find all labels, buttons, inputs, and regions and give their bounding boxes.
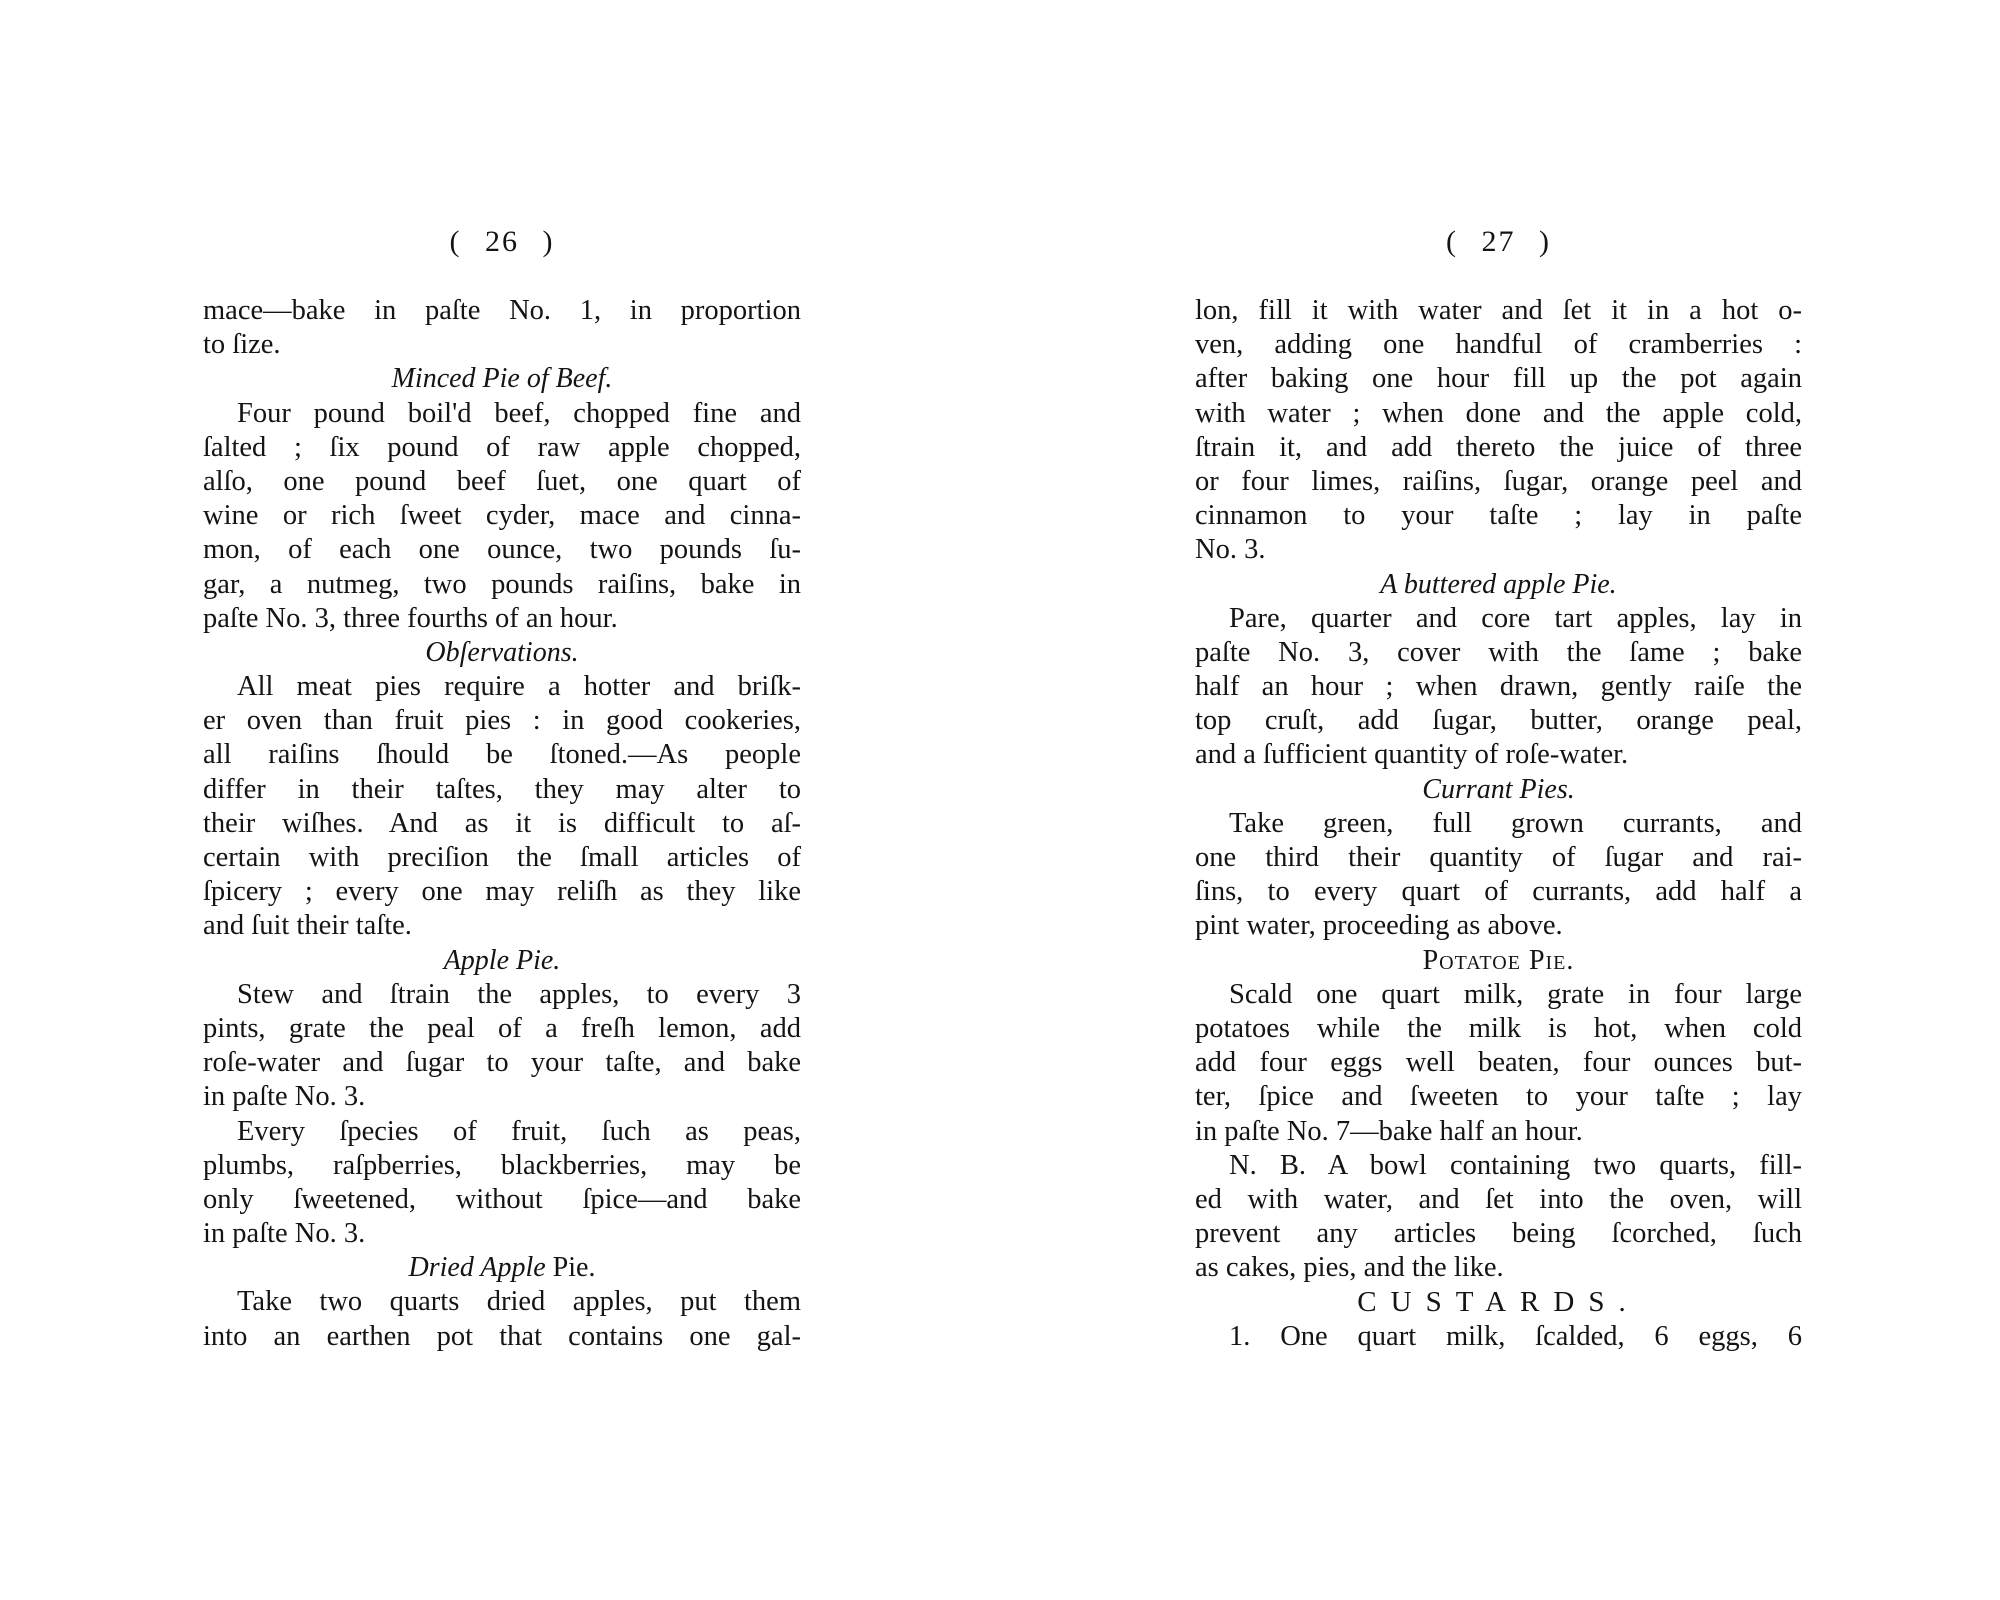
- text-line: 1. One quart milk, ſcalded, 6 eggs, 6: [1195, 1320, 1802, 1354]
- text-line: pint water, proceeding as above.: [1195, 909, 1802, 943]
- text-line: and ſuit their taſte.: [203, 909, 801, 943]
- page-body: mace—bake in paſte No. 1, in proportion …: [203, 294, 801, 1354]
- text-line: all raiſins ſhould be ſtoned.—As people: [203, 738, 801, 772]
- heading-upright-part: Pie.: [546, 1252, 596, 1283]
- text-line: roſe-water and ſugar to your taſte, and …: [203, 1046, 801, 1080]
- text-line: wine or rich ſweet cyder, mace and cinna…: [203, 499, 801, 533]
- text-line: pints, grate the peal of a freſh lemon, …: [203, 1012, 801, 1046]
- text-line: Four pound boil'd beef, chopped fine and: [203, 397, 801, 431]
- text-line: All meat pies require a hotter and briſk…: [203, 670, 801, 704]
- text-line: ter, ſpice and ſweeten to your taſte ; l…: [1195, 1080, 1802, 1114]
- left-page: ( 26 ) mace—bake in paſte No. 1, in prop…: [203, 220, 801, 1354]
- text-line: plumbs, raſpberries, blackberries, may b…: [203, 1149, 801, 1183]
- text-line: in paſte No. 3.: [203, 1217, 801, 1251]
- recipe-heading-buttered-apple-pie: A buttered apple Pie.: [1195, 568, 1802, 602]
- text-line: prevent any articles being ſcorched, ſuc…: [1195, 1217, 1802, 1251]
- text-line: only ſweetened, without ſpice—and bake: [203, 1183, 801, 1217]
- text-line: add four eggs well beaten, four ounces b…: [1195, 1046, 1802, 1080]
- text-line: after baking one hour fill up the pot ag…: [1195, 362, 1802, 396]
- heading-italic-part: Dried Apple: [409, 1252, 546, 1283]
- text-line: one third their quantity of ſugar and ra…: [1195, 841, 1802, 875]
- text-line: ſins, to every quart of currants, add ha…: [1195, 875, 1802, 909]
- text-line: certain with preciſion the ſmall article…: [203, 841, 801, 875]
- text-line: in paſte No. 3.: [203, 1080, 801, 1114]
- text-line: lon, fill it with water and ſet it in a …: [1195, 294, 1802, 328]
- text-line: mon, of each one ounce, two pounds ſu-: [203, 533, 801, 567]
- text-line: ſtrain it, and add thereto the juice of …: [1195, 431, 1802, 465]
- text-line: No. 3.: [1195, 533, 1802, 567]
- text-line: alſo, one pound beef ſuet, one quart of: [203, 465, 801, 499]
- right-page: ( 27 ) lon, fill it with water and ſet i…: [1195, 220, 1802, 1354]
- page-body: lon, fill it with water and ſet it in a …: [1195, 294, 1802, 1354]
- text-line: in paſte No. 7—bake half an hour.: [1195, 1115, 1802, 1149]
- text-line: differ in their taſtes, they may alter t…: [203, 773, 801, 807]
- text-line: top cruſt, add ſugar, butter, orange pea…: [1195, 704, 1802, 738]
- text-line: Pare, quarter and core tart apples, lay …: [1195, 602, 1802, 636]
- text-line: and a ſufficient quantity of roſe-water.: [1195, 738, 1802, 772]
- recipe-heading-apple-pie: Apple Pie.: [203, 944, 801, 978]
- text-line: with water ; when done and the apple col…: [1195, 397, 1802, 431]
- text-line: mace—bake in paſte No. 1, in proportion: [203, 294, 801, 328]
- text-line: Scald one quart milk, grate in four larg…: [1195, 978, 1802, 1012]
- recipe-heading-currant-pies: Currant Pies.: [1195, 773, 1802, 807]
- text-line: N. B. A bowl containing two quarts, fill…: [1195, 1149, 1802, 1183]
- text-line: Take green, full grown currants, and: [1195, 807, 1802, 841]
- text-line: Stew and ſtrain the apples, to every 3: [203, 978, 801, 1012]
- text-line: paſte No. 3, cover with the ſame ; bake: [1195, 636, 1802, 670]
- text-line: paſte No. 3, three fourths of an hour.: [203, 602, 801, 636]
- recipe-heading-minced-pie-of-beef: Minced Pie of Beef.: [203, 362, 801, 396]
- text-line: as cakes, pies, and the like.: [1195, 1251, 1802, 1285]
- recipe-heading-dried-apple-pie: Dried Apple Pie.: [203, 1251, 801, 1285]
- page-number: ( 27 ): [1195, 220, 1802, 264]
- text-line: ſalted ; ſix pound of raw apple chopped,: [203, 431, 801, 465]
- text-line: or four limes, raiſins, ſugar, orange pe…: [1195, 465, 1802, 499]
- section-heading-custards: CUSTARDS.: [1195, 1285, 1802, 1319]
- text-line: Every ſpecies of fruit, ſuch as peas,: [203, 1115, 801, 1149]
- recipe-heading-potatoe-pie: Potatoe Pie.: [1195, 944, 1802, 978]
- text-line: er oven than fruit pies : in good cooker…: [203, 704, 801, 738]
- text-line: into an earthen pot that contains one ga…: [203, 1320, 801, 1354]
- section-heading-observations: Obſervations.: [203, 636, 801, 670]
- text-line: cinnamon to your taſte ; lay in paſte: [1195, 499, 1802, 533]
- text-line: Take two quarts dried apples, put them: [203, 1285, 801, 1319]
- text-line: ven, adding one handful of cramberries :: [1195, 328, 1802, 362]
- text-line: their wiſhes. And as it is difficult to …: [203, 807, 801, 841]
- text-line: to ſize.: [203, 328, 801, 362]
- text-line: half an hour ; when drawn, gently raiſe …: [1195, 670, 1802, 704]
- text-line: gar, a nutmeg, two pounds raiſins, bake …: [203, 568, 801, 602]
- page-number: ( 26 ): [203, 220, 801, 264]
- text-line: potatoes while the milk is hot, when col…: [1195, 1012, 1802, 1046]
- text-line: ſpicery ; every one may reliſh as they l…: [203, 875, 801, 909]
- text-line: ed with water, and ſet into the oven, wi…: [1195, 1183, 1802, 1217]
